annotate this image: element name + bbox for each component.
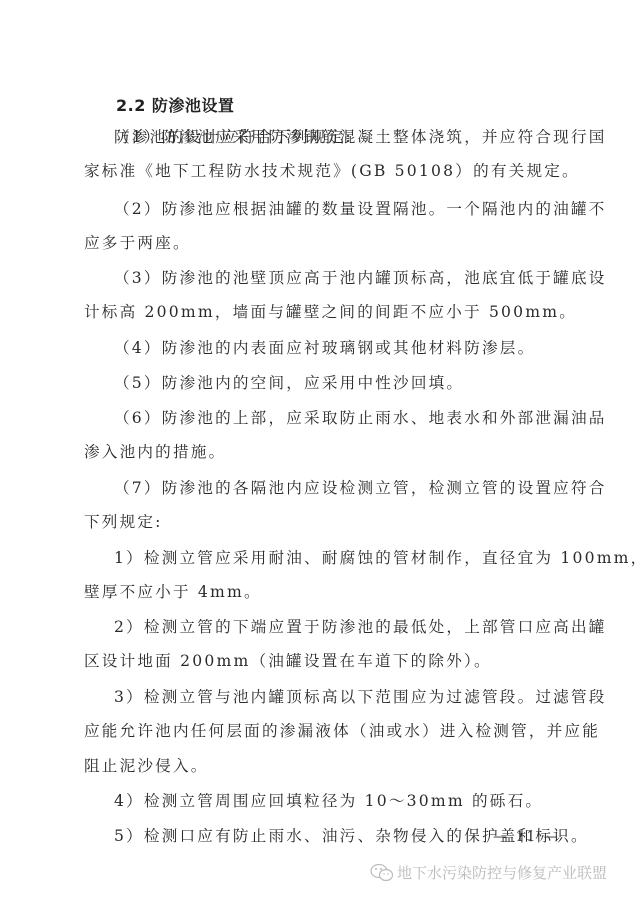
text-line: 区设计地面 200mm（油罐设置在车道下的除外）。 <box>84 651 560 671</box>
text-line: 渗入池内的措施。 <box>84 442 560 462</box>
text-line: 下列规定: <box>84 512 560 532</box>
watermark-text: 地下水污染防控与修复产业联盟 <box>397 862 607 883</box>
text-line: （7）防渗池的各隔池内应设检测立管，检测立管的设置应符合 <box>114 478 560 498</box>
text-line: （4）防渗池的内表面应衬玻璃钢或其他材料防渗层。 <box>114 338 560 358</box>
text-line: 应能允许池内任何层面的渗漏液体（油或水）进入检测管，并应能 <box>84 721 560 741</box>
watermark: 地下水污染防控与修复产业联盟 <box>370 862 607 883</box>
text-line: （6）防渗池的上部，应采取防止雨水、地表水和外部泄漏油品 <box>114 408 560 428</box>
text-line: 家标准《地下工程防水技术规范》(GB 50108）的有关规定。 <box>84 161 560 181</box>
text-line: 阻止泥沙侵入。 <box>84 756 560 776</box>
page-number: — 11 — <box>493 829 560 845</box>
text-line: （3）防渗池的池壁顶应高于池内罐顶标高，池底宜低于罐底设 <box>114 268 560 288</box>
text-line: 4）检测立管周围应回填粒径为 10～30mm 的砾石。 <box>114 791 560 811</box>
wechat-icon <box>370 863 394 883</box>
text-line: 1）检测立管应采用耐油、耐腐蚀的管材制作，直径宜为 100mm， <box>114 548 560 568</box>
text-line: （2）防渗池应根据油罐的数量设置隔池。一个隔池内的油罐不 <box>114 199 560 219</box>
text-line: （1）防渗池应采用防渗钢筋混凝土整体浇筑，并应符合现行国 <box>114 127 560 147</box>
text-line: 3）检测立管与池内罐顶标高以下范围应为过滤管段。过滤管段 <box>114 687 560 707</box>
text-line: 壁厚不应小于 4mm。 <box>84 582 560 602</box>
text-line: 计标高 200mm，墙面与罐壁之间的间距不应小于 500mm。 <box>84 302 560 322</box>
section-heading: 2.2 防渗池设置 <box>116 93 234 116</box>
document-page: 2.2 防渗池设置 防渗池的设计应符合下列规定: （1）防渗池应采用防渗钢筋混凝… <box>0 0 640 905</box>
text-line: 2）检测立管的下端应置于防渗池的最低处，上部管口应高出罐 <box>114 617 560 637</box>
text-line: 应多于两座。 <box>84 233 560 253</box>
text-line: （5）防渗池内的空间，应采用中性沙回填。 <box>114 373 560 393</box>
